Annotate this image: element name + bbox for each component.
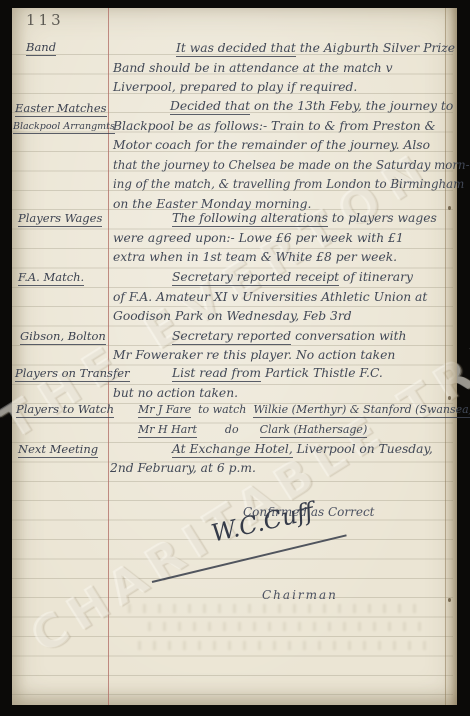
handwritten-line: Secretary reported conversation with (172, 329, 406, 344)
handwritten-line: Decided that on the 13th Feby, the journ… (170, 99, 453, 114)
text-segment: Next Meeting (18, 442, 98, 458)
margin-heading: Band (26, 40, 56, 55)
margin-heading: Gibson, Bolton (20, 329, 106, 344)
chairman-signature: W.C.Cuff (210, 504, 315, 542)
signature-flourish (152, 534, 347, 583)
margin-heading: Next Meeting (18, 442, 98, 457)
handwritten-line: Liverpool, prepared to play if required. (113, 80, 357, 95)
text-segment: to players wages (328, 211, 437, 225)
text-segment: The following alterations (172, 211, 328, 227)
text-segment: Players Wages (18, 211, 102, 227)
text-segment: extra when in 1st team & White £8 per we… (113, 250, 397, 264)
text-segment: of itinerary (339, 270, 413, 284)
red-margin-line (108, 8, 109, 705)
handwritten-line: extra when in 1st team & White £8 per we… (113, 250, 397, 265)
text-segment: 2nd February, at 6 p.m. (110, 461, 256, 475)
scanned-minute-book-page: THE EVERTON CHARITABLE TRUST 113 BandIt … (0, 0, 470, 716)
ink-showthrough (122, 604, 427, 613)
margin-heading: F.A. Match. (18, 270, 84, 285)
handwritten-line: of F.A. Amateur XI v Universities Athlet… (113, 290, 427, 305)
edge-speck (448, 598, 451, 602)
text-segment: on the 13th Feby, the journey to (250, 99, 453, 113)
text-segment: ing of the match, & travelling from Lond… (113, 177, 464, 191)
margin-heading: Players Wages (18, 211, 102, 226)
margin-heading: Easter Matches (15, 101, 107, 116)
text-segment: to watch (191, 403, 253, 416)
text-segment: Mr J Fare (138, 403, 191, 418)
text-segment: Band (26, 40, 56, 56)
handwritten-line: Band should be in attendance at the matc… (113, 61, 393, 76)
ink-showthrough (142, 622, 427, 631)
text-segment: Mr Foweraker re this player. No action t… (113, 348, 395, 362)
text-segment: Partick Thistle F.C. (261, 366, 383, 380)
text-segment: do (197, 423, 260, 436)
text-segment: Secretary reported (172, 329, 291, 345)
text-segment: were agreed upon:- Lowe £6 per week with… (113, 231, 404, 245)
text-segment: Liverpool on Tuesday, (293, 442, 433, 456)
text-segment: Blackpool be as follows:- Train to & fro… (113, 119, 436, 133)
handwritten-line: but no action taken. (113, 386, 238, 401)
handwritten-line: Goodison Park on Wednesday, Feb 3rd (113, 309, 352, 324)
text-segment: but no action taken. (113, 386, 238, 400)
handwritten-line: List read from Partick Thistle F.C. (172, 366, 383, 381)
text-segment: Players to Watch (16, 402, 114, 418)
handwritten-line: Motor coach for the remainder of the jou… (113, 138, 430, 153)
chairman-label: Chairman (262, 588, 338, 603)
handwritten-line: were agreed upon:- Lowe £6 per week with… (113, 231, 404, 246)
handwritten-line: on the Easter Monday morning. (113, 197, 311, 212)
text-segment: Band should be in attendance at the matc… (113, 61, 393, 75)
text-segment: At Exchange Hotel, (172, 442, 293, 458)
handwritten-line: Blackpool be as follows:- Train to & fro… (113, 119, 436, 134)
handwritten-line: The following alterations to players wag… (172, 211, 437, 226)
handwritten-line: Mr H Hart do Clark (Hathersage) (138, 422, 367, 437)
text-segment: Wilkie (Merthyr) & Stanford (Swansea) (253, 403, 470, 418)
handwritten-line: that the journey to Chelsea be made on t… (113, 158, 470, 173)
text-segment: Easter Matches (15, 101, 107, 117)
handwritten-line: Secretary reported receipt of itinerary (172, 270, 413, 285)
handwritten-line: Mr J Fare to watch Wilkie (Merthyr) & St… (138, 402, 470, 417)
text-segment: the Aigburth Silver Prize (296, 41, 455, 55)
text-segment: Goodison Park on Wednesday, Feb 3rd (113, 309, 352, 323)
text-segment: It was decided that (176, 41, 296, 57)
text-segment: Motor coach for the remainder of the jou… (113, 138, 430, 152)
text-segment: List read from (172, 366, 261, 382)
text-segment: Secretary reported receipt (172, 270, 339, 286)
text-segment: Chairman (262, 588, 338, 602)
text-segment: F.A. Match. (18, 270, 84, 286)
text-segment: that the journey to Chelsea be made on t… (113, 158, 470, 172)
text-segment: Players on Transfer (15, 366, 130, 382)
margin-heading: Blackpool Arrangmts (13, 119, 115, 134)
ledger-paper: THE EVERTON CHARITABLE TRUST 113 BandIt … (12, 8, 457, 705)
ink-showthrough (132, 641, 427, 650)
text-segment: Decided that (170, 99, 250, 115)
text-segment: Clark (Hathersage) (260, 423, 368, 438)
page-number: 113 (26, 11, 64, 29)
handwritten-line: At Exchange Hotel, Liverpool on Tuesday, (172, 442, 433, 457)
edge-speck (448, 206, 451, 210)
handwritten-line: 2nd February, at 6 p.m. (110, 461, 256, 476)
margin-heading: Players to Watch (16, 402, 114, 417)
text-segment: Mr H Hart (138, 423, 197, 438)
text-segment: on the Easter Monday morning. (113, 197, 311, 211)
margin-heading: Players on Transfer (15, 366, 130, 381)
handwritten-line: Mr Foweraker re this player. No action t… (113, 348, 395, 363)
handwritten-line: ing of the match, & travelling from Lond… (113, 177, 464, 192)
text-segment: conversation with (291, 329, 406, 343)
text-segment: Blackpool Arrangmts (13, 121, 115, 134)
edge-speck (448, 396, 451, 400)
text-segment: Gibson, Bolton (20, 329, 106, 345)
handwritten-line: It was decided that the Aigburth Silver … (176, 41, 455, 56)
text-segment: of F.A. Amateur XI v Universities Athlet… (113, 290, 427, 304)
text-segment: Liverpool, prepared to play if required. (113, 80, 357, 94)
